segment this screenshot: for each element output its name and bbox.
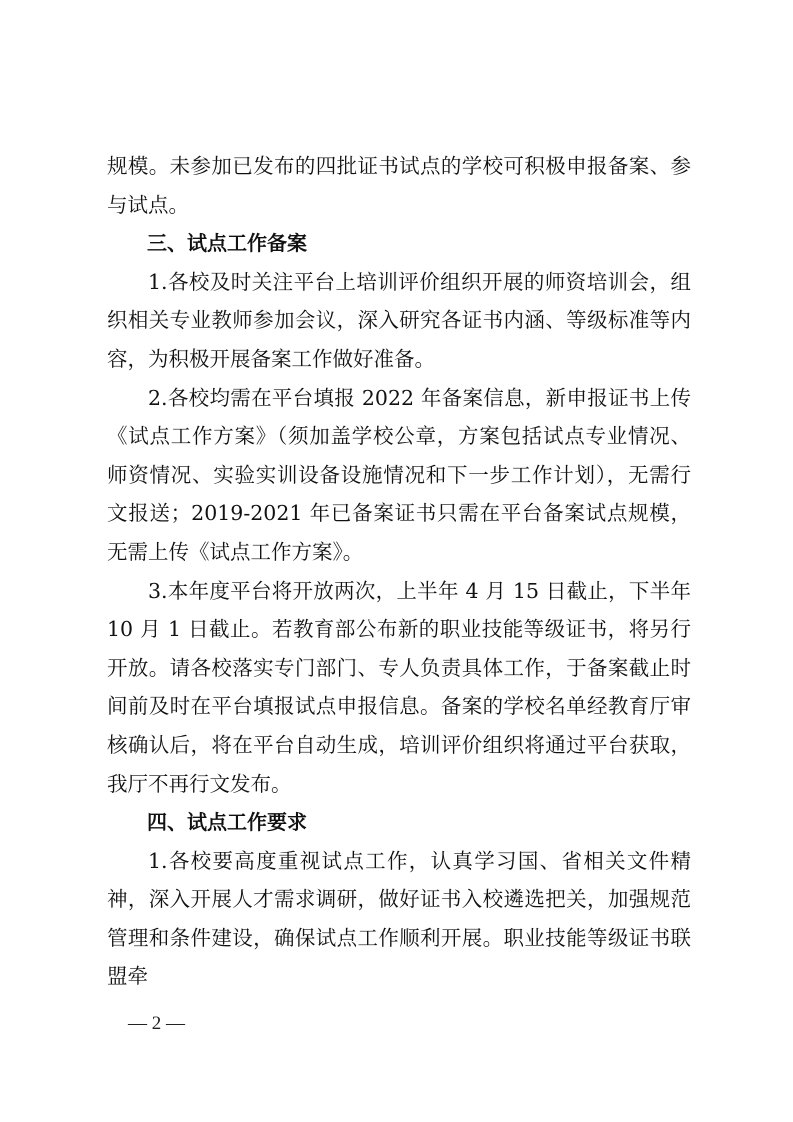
document-page: 规模。未参加已发布的四批证书试点的学校可积极申报备案、参与试点。 三、试点工作备… bbox=[0, 0, 793, 1122]
paragraph-4-1: 1.各校要高度重视试点工作，认真学习国、省相关文件精神，深入开展人才需求调研，做… bbox=[107, 842, 691, 996]
page-number: — 2 — bbox=[128, 1013, 185, 1035]
section-heading-4: 四、试点工作要求 bbox=[107, 803, 691, 842]
paragraph-3-3: 3.本年度平台将开放两次，上半年 4 月 15 日截止，下半年 10 月 1 日… bbox=[107, 572, 691, 804]
document-body: 规模。未参加已发布的四批证书试点的学校可积极申报备案、参与试点。 三、试点工作备… bbox=[107, 147, 691, 996]
paragraph-3-2: 2.各校均需在平台填报 2022 年备案信息，新申报证书上传《试点工作方案》（须… bbox=[107, 379, 691, 572]
section-heading-3: 三、试点工作备案 bbox=[107, 224, 691, 263]
paragraph-3-1: 1.各校及时关注平台上培训评价组织开展的师资培训会，组织相关专业教师参加会议，深… bbox=[107, 263, 691, 379]
paragraph-continuation: 规模。未参加已发布的四批证书试点的学校可积极申报备案、参与试点。 bbox=[107, 147, 691, 224]
